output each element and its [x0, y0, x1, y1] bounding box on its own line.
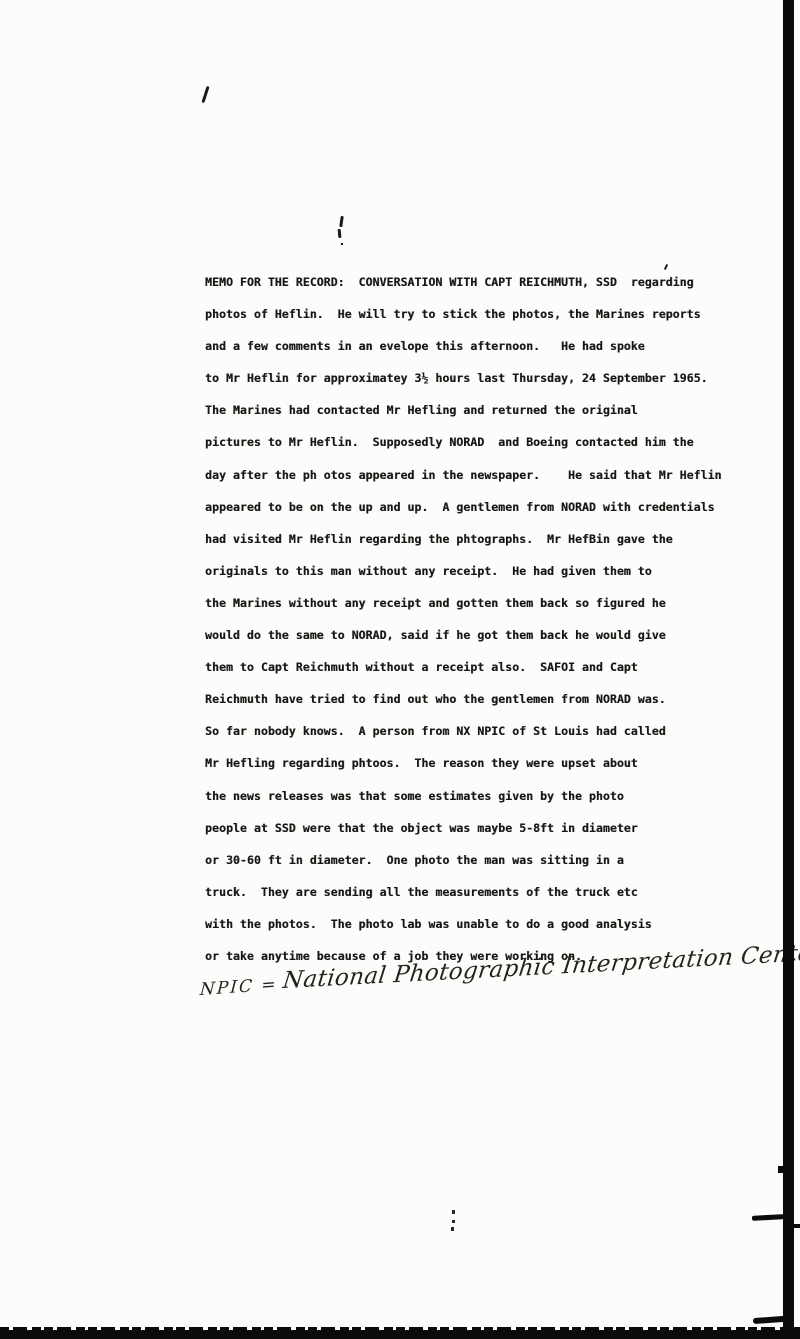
- scan-edge-tick: [794, 1224, 800, 1228]
- scan-edge-tick: [752, 1214, 784, 1221]
- typed-line: to Mr Heflin for approximatey 3½ hours l…: [205, 362, 765, 394]
- scan-edge-bar-bottom: [0, 1330, 800, 1339]
- typed-line: or 30-60 ft in diameter. One photo the m…: [205, 844, 765, 876]
- handwritten-abbreviation: NPIC =: [199, 975, 278, 1001]
- typed-line: MEMO FOR THE RECORD: CONVERSATION WITH C…: [205, 266, 765, 298]
- stray-ink-mark: [339, 216, 343, 227]
- typed-line: truck. They are sending all the measurem…: [205, 876, 765, 908]
- typed-line: The Marines had contacted Mr Hefling and…: [205, 394, 765, 426]
- typed-line: them to Capt Reichmuth without a receipt…: [205, 651, 765, 683]
- typed-line: Reichmuth have tried to find out who the…: [205, 683, 765, 715]
- scan-edge-tick: [753, 1316, 784, 1324]
- typed-line: the news releases was that some estimate…: [205, 780, 765, 812]
- stray-ink-mark: [452, 1220, 455, 1223]
- typed-line: photos of Heflin. He will try to stick t…: [205, 298, 765, 330]
- typed-line: day after the ph otos appeared in the ne…: [205, 459, 765, 491]
- scan-edge-bar-right: [783, 0, 794, 1339]
- stray-ink-mark: [451, 1227, 454, 1231]
- typed-line: the Marines without any receipt and gott…: [205, 587, 765, 619]
- typed-line: people at SSD were that the object was m…: [205, 812, 765, 844]
- stray-ink-mark: [338, 229, 341, 238]
- scan-edge-tick: [778, 1166, 784, 1173]
- stray-ink-mark: [341, 243, 343, 245]
- typed-line: and a few comments in an evelope this af…: [205, 330, 765, 362]
- typed-line: with the photos. The photo lab was unabl…: [205, 908, 765, 940]
- stray-ink-mark: [201, 86, 209, 103]
- stray-ink-mark: [452, 1210, 455, 1214]
- typed-line: would do the same to NORAD, said if he g…: [205, 619, 765, 651]
- typed-line: So far nobody knows. A person from NX NP…: [205, 715, 765, 747]
- typed-line: originals to this man without any receip…: [205, 555, 765, 587]
- typed-line: Mr Hefling regarding phtoos. The reason …: [205, 747, 765, 779]
- typed-line: pictures to Mr Heflin. Supposedly NORAD …: [205, 426, 765, 458]
- typed-line: had visited Mr Heflin regarding the phto…: [205, 523, 765, 555]
- memo-body: MEMO FOR THE RECORD: CONVERSATION WITH C…: [205, 266, 765, 972]
- scanned-memo-page: MEMO FOR THE RECORD: CONVERSATION WITH C…: [0, 0, 800, 1339]
- typed-line: appeared to be on the up and up. A gentl…: [205, 491, 765, 523]
